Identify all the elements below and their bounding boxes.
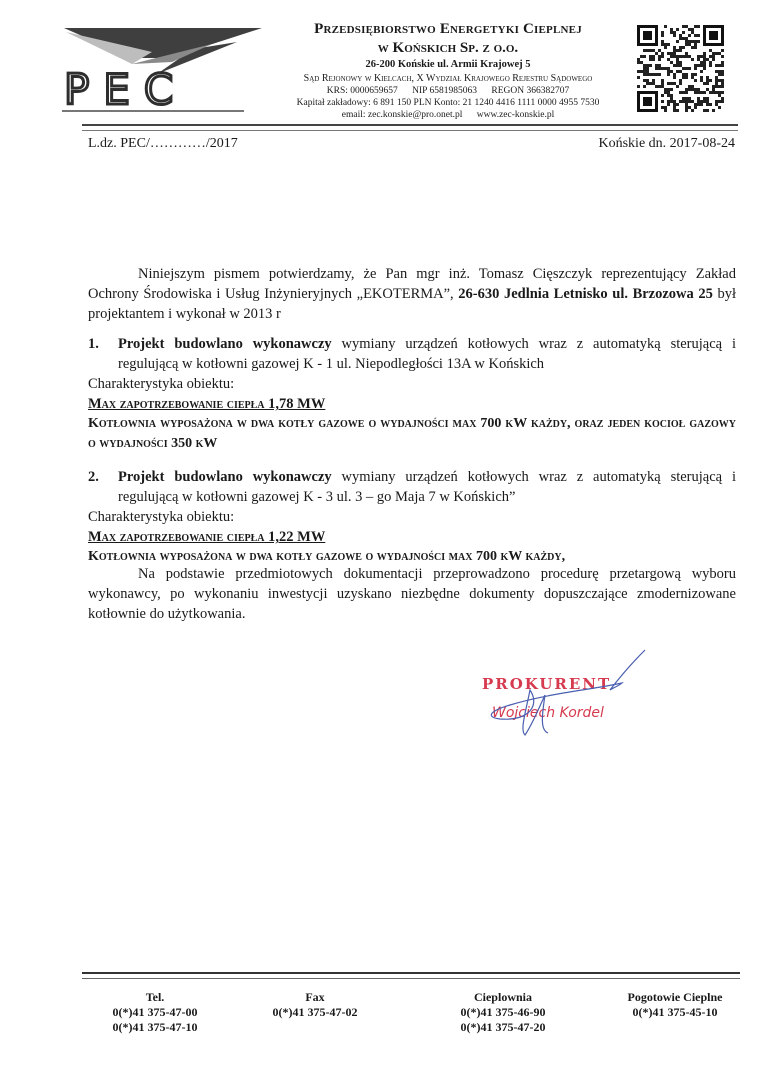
- reference-number: L.dz. PEC/…………/2017: [88, 136, 238, 152]
- footer-label: Tel.: [90, 990, 220, 1005]
- regon-number: REGON 366382707: [491, 86, 569, 96]
- company-logo: PEC: [62, 24, 284, 114]
- svg-text:PEC: PEC: [64, 65, 187, 114]
- phone-number: 0(*)41 375-47-10: [90, 1020, 220, 1035]
- max-heat-demand: Max zapotrzebowanie ciepła 1,78 MW: [88, 394, 736, 414]
- footer-tel: Tel. 0(*)41 375-47-00 0(*)41 375-47-10: [90, 990, 220, 1035]
- capital-account: Kapitał zakładowy: 6 891 150 PLN Konto: …: [262, 98, 634, 109]
- boiler-info: Kotłownia wyposażona w dwa kotły gazowe …: [88, 414, 736, 454]
- company-letterhead: Przedsiębiorstwo Energetyki Cieplnej w K…: [262, 20, 634, 122]
- company-name-line2: w Końskich Sp. z o.o.: [262, 39, 634, 57]
- contact-line: email: zec.konskie@pro.onet.pl www.zec-k…: [262, 110, 634, 121]
- intro-paragraph: Niniejszym pismem potwierdzamy, że Pan m…: [88, 264, 736, 324]
- phone-number: 0(*)41 375-46-90: [438, 1005, 568, 1020]
- signature-stamp: PROKURENT Wojciech Kordel: [470, 645, 670, 745]
- qr-code-icon: [636, 20, 726, 118]
- website-link[interactable]: www.zec-konskie.pl: [477, 110, 554, 120]
- court-registry: Sąd Rejonowy w Kielcach, X Wydział Krajo…: [262, 73, 634, 85]
- registry-numbers: KRS: 0000659657 NIP 6581985063 REGON 366…: [262, 86, 634, 97]
- max-heat-demand: Max zapotrzebowanie ciepła 1,22 MW: [88, 527, 736, 547]
- handwritten-signature-icon: [470, 645, 670, 745]
- header-divider: [82, 124, 738, 131]
- company-name: Przedsiębiorstwo Energetyki Cieplnej: [262, 20, 634, 38]
- company-address: 26-200 Końskie ul. Armii Krajowej 5: [262, 59, 634, 72]
- footer-fax: Fax 0(*)41 375-47-02: [250, 990, 380, 1020]
- project-item-1: 1. Projekt budowlano wykonawczy wymiany …: [88, 334, 736, 454]
- characteristics-label: Charakterystyka obiektu:: [88, 507, 736, 527]
- address-bold: 26-630 Jedlnia Letnisko ul. Brzozowa 25: [458, 286, 713, 302]
- email-link[interactable]: email: zec.konskie@pro.onet.pl: [342, 110, 463, 120]
- place-date: Końskie dn. 2017-08-24: [599, 136, 736, 152]
- phone-number: 0(*)41 375-45-10: [610, 1005, 740, 1020]
- fax-number: 0(*)41 375-47-02: [250, 1005, 380, 1020]
- footer-divider: [82, 972, 740, 979]
- item-number: 2.: [88, 467, 118, 507]
- footer-label: Cieplownia: [438, 990, 568, 1005]
- pec-logo-icon: PEC: [62, 24, 284, 114]
- footer-emergency: Pogotowie Cieplne 0(*)41 375-45-10: [610, 990, 740, 1020]
- footer-label: Pogotowie Cieplne: [610, 990, 740, 1005]
- qr-code: [636, 20, 726, 118]
- footer-heating-plant: Cieplownia 0(*)41 375-46-90 0(*)41 375-4…: [438, 990, 568, 1035]
- item-title: Projekt budowlano wykonawczy: [118, 469, 332, 485]
- footer-label: Fax: [250, 990, 380, 1005]
- item-title: Projekt budowlano wykonawczy: [118, 336, 332, 352]
- item-number: 1.: [88, 334, 118, 374]
- project-item-2: 2. Projekt budowlano wykonawczy wymiany …: [88, 467, 736, 567]
- phone-number: 0(*)41 375-47-00: [90, 1005, 220, 1020]
- nip-number: NIP 6581985063: [412, 86, 477, 96]
- phone-number: 0(*)41 375-47-20: [438, 1020, 568, 1035]
- closing-paragraph: Na podstawie przedmiotowych dokumentacji…: [88, 564, 736, 624]
- krs-number: KRS: 0000659657: [327, 86, 398, 96]
- characteristics-label: Charakterystyka obiektu:: [88, 374, 736, 394]
